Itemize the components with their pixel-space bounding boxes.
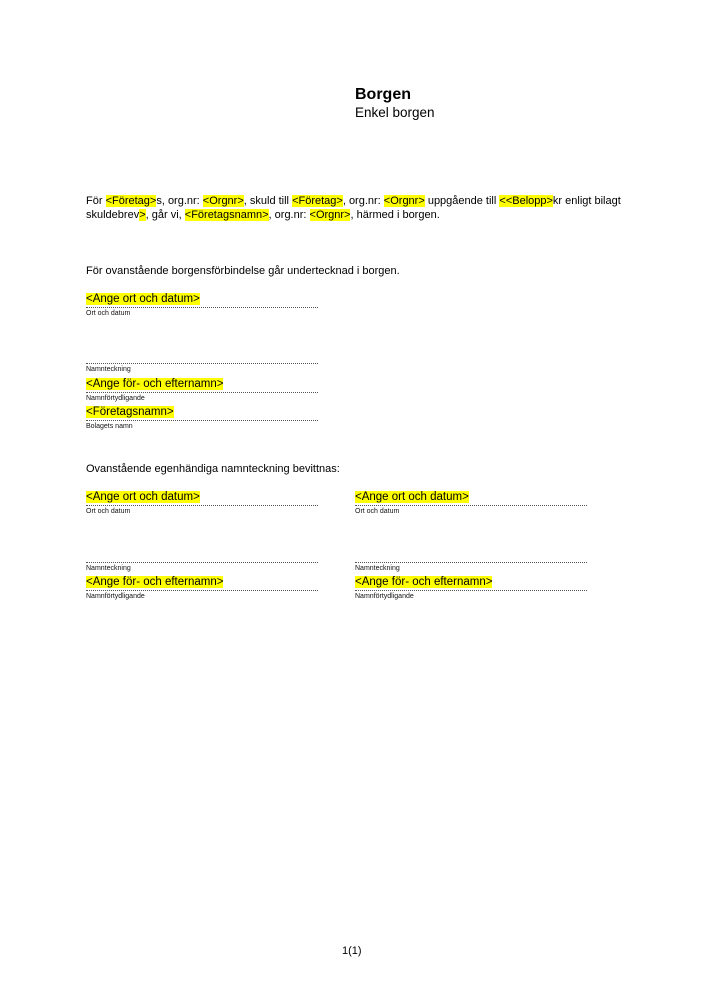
placeholder-place-date[interactable]: <Ange ort och datum> — [86, 491, 200, 503]
placeholder-field[interactable]: <Företag> — [292, 195, 343, 207]
guarantor-name-field[interactable]: <Ange för- och efternamn> Namnförtydliga… — [86, 377, 318, 403]
placeholder-full-name[interactable]: <Ange för- och efternamn> — [86, 378, 223, 390]
witness1-name-field[interactable]: <Ange för- och efternamn> Namnförtydliga… — [86, 575, 318, 601]
signature-line — [355, 505, 587, 506]
document-title: Borgen — [355, 86, 411, 104]
paragraph-text: s, org.nr: — [156, 195, 202, 207]
field-caption: Namnteckning — [86, 564, 318, 573]
witness1-signature-field[interactable]: Namnteckning — [86, 547, 318, 573]
paragraph-text: , skuld till — [244, 195, 292, 207]
signature-line — [86, 562, 318, 563]
signature-line — [86, 505, 318, 506]
paragraph-text: , härmed i borgen. — [350, 209, 439, 221]
field-caption: Bolagets namn — [86, 422, 318, 431]
paragraph-text: , går vi, — [146, 209, 185, 221]
field-caption: Ort och datum — [86, 507, 318, 516]
placeholder-full-name[interactable]: <Ange för- och efternamn> — [355, 576, 492, 588]
field-caption: Namnförtydligande — [86, 394, 318, 403]
document-subtitle: Enkel borgen — [355, 105, 435, 121]
field-caption: Namnteckning — [355, 564, 587, 573]
placeholder-field[interactable]: <Företag> — [106, 195, 157, 207]
field-caption: Namnteckning — [86, 365, 318, 374]
placeholder-field[interactable]: <Orgnr> — [384, 195, 425, 207]
signature-line — [86, 363, 318, 364]
witness2-signature-field[interactable]: Namnteckning — [355, 547, 587, 573]
paragraph-text: uppgående till — [425, 195, 500, 207]
signature-line — [86, 420, 318, 421]
field-caption: Namnförtydligande — [355, 592, 587, 601]
guarantor-place-date-field[interactable]: <Ange ort och datum> Ort och datum — [86, 292, 318, 318]
document-page: Borgen Enkel borgen För <Företag>s, org.… — [0, 0, 707, 1000]
signature-line — [355, 562, 587, 563]
paragraph-text: För — [86, 195, 106, 207]
placeholder-place-date[interactable]: <Ange ort och datum> — [86, 293, 200, 305]
paragraph-text: , org.nr: — [343, 195, 384, 207]
witness2-name-field[interactable]: <Ange för- och efternamn> Namnförtydliga… — [355, 575, 587, 601]
page-number: 1(1) — [342, 945, 362, 957]
placeholder-field[interactable]: <Företagsnamn> — [185, 209, 269, 221]
placeholder-field[interactable]: <<Belopp> — [499, 195, 553, 207]
body-paragraph: För <Företag>s, org.nr: <Orgnr>, skuld t… — [86, 194, 626, 222]
field-caption: Ort och datum — [355, 507, 587, 516]
signature-line — [86, 392, 318, 393]
witness-intro: Ovanstående egenhändiga namnteckning bev… — [86, 462, 340, 476]
placeholder-field[interactable]: <Orgnr> — [203, 195, 244, 207]
guarantor-signature-field[interactable]: Namnteckning — [86, 348, 318, 374]
placeholder-full-name[interactable]: <Ange för- och efternamn> — [86, 576, 223, 588]
signature-line — [86, 590, 318, 591]
guarantor-intro: För ovanstående borgensförbindelse går u… — [86, 264, 400, 278]
paragraph-text: , org.nr: — [269, 209, 310, 221]
witness2-place-date-field[interactable]: <Ange ort och datum> Ort och datum — [355, 490, 587, 516]
placeholder-company-name[interactable]: <Företagsnamn> — [86, 406, 174, 418]
signature-line — [355, 590, 587, 591]
witness1-place-date-field[interactable]: <Ange ort och datum> Ort och datum — [86, 490, 318, 516]
field-caption: Namnförtydligande — [86, 592, 318, 601]
field-caption: Ort och datum — [86, 309, 318, 318]
guarantor-company-field[interactable]: <Företagsnamn> Bolagets namn — [86, 405, 318, 431]
signature-line — [86, 307, 318, 308]
placeholder-place-date[interactable]: <Ange ort och datum> — [355, 491, 469, 503]
placeholder-field[interactable]: <Orgnr> — [310, 209, 351, 221]
